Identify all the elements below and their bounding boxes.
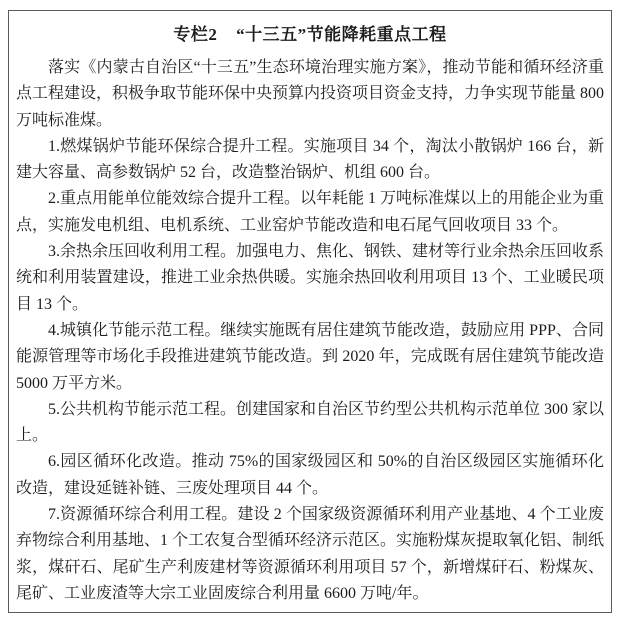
panel-title: 专栏2“十三五”节能降耗重点工程: [16, 19, 604, 51]
panel-title-prefix: 专栏2: [173, 25, 217, 44]
project-item-4: 4.城镇化节能示范工程。继续实施既有居住建筑节能改造，鼓励应用 PPP、合同能源…: [16, 318, 604, 397]
project-item-3: 3.余热余压回收利用工程。加强电力、焦化、钢铁、建材等行业余热余压回收系统和利用…: [16, 239, 604, 318]
panel-title-text: “十三五”节能降耗重点工程: [236, 25, 447, 44]
project-item-5: 5.公共机构节能示范工程。创建国家和自治区节约型公共机构示范单位 300 家以上…: [16, 397, 604, 450]
intro-paragraph: 落实《内蒙古自治区“十三五”生态环境治理实施方案》，推动节能和循环经济重点工程建…: [16, 55, 604, 134]
highlight-box: 专栏2“十三五”节能降耗重点工程 落实《内蒙古自治区“十三五”生态环境治理实施方…: [8, 10, 612, 613]
panel-body: 落实《内蒙古自治区“十三五”生态环境治理实施方案》，推动节能和循环经济重点工程建…: [16, 55, 604, 607]
project-item-1: 1.燃煤锅炉节能环保综合提升工程。实施项目 34 个，淘汰小散锅炉 166 台，…: [16, 134, 604, 187]
project-item-6: 6.园区循环化改造。推动 75%的国家级园区和 50%的自治区级园区实施循环化改…: [16, 449, 604, 502]
project-item-2: 2.重点用能单位能效综合提升工程。以年耗能 1 万吨标准煤以上的用能企业为重点，…: [16, 186, 604, 239]
project-item-7: 7.资源循环综合利用工程。建设 2 个国家级资源循环利用产业基地、4 个工业废弃…: [16, 502, 604, 607]
